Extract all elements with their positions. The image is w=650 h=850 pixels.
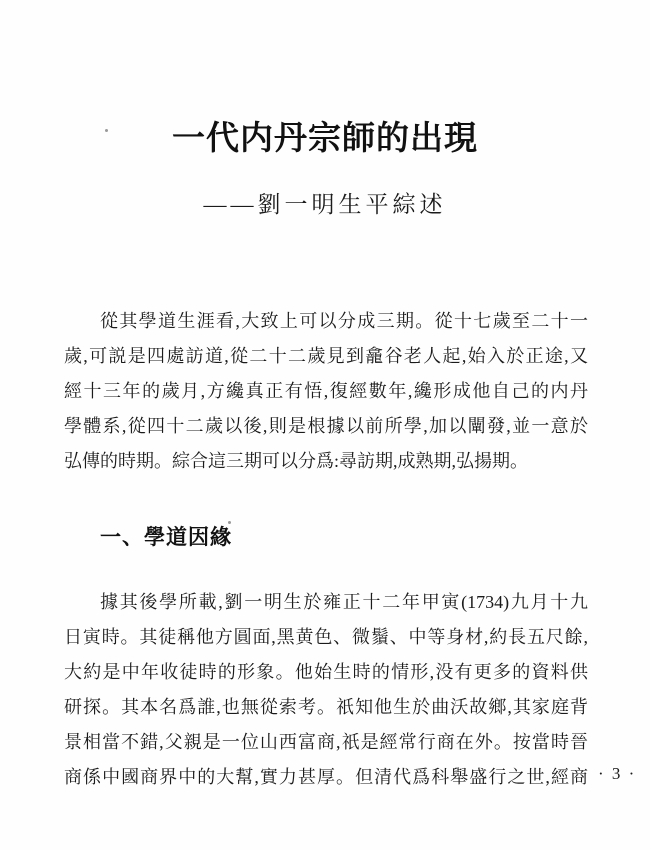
page-subtitle: ——劉一明生平綜述 bbox=[0, 186, 650, 219]
text-line: 從其學道生涯看,大致上可以分成三期。從十七歲至二十一 bbox=[64, 304, 588, 339]
scan-speck bbox=[228, 521, 231, 524]
text-line: 經十三年的歲月,方纔真正有悟,復經數年,纔形成他自己的内丹 bbox=[64, 374, 588, 409]
section-paragraph: 據其後學所載,劉一明生於雍正十二年甲寅(1734)九月十九日寅時。其徒稱他方圓面… bbox=[64, 585, 588, 795]
scan-speck bbox=[105, 129, 108, 132]
book-page: 一代内丹宗師的出現 ——劉一明生平綜述 從其學道生涯看,大致上可以分成三期。從十… bbox=[0, 0, 650, 850]
page-title: 一代内丹宗師的出現 bbox=[0, 112, 650, 159]
text-line: 日寅時。其徒稱他方圓面,黑黄色、微鬚、中等身材,約長五尺餘, bbox=[64, 620, 588, 655]
intro-paragraph: 從其學道生涯看,大致上可以分成三期。從十七歲至二十一歲,可説是四處訪道,從二十二… bbox=[64, 304, 588, 479]
text-line: 景相當不錯,父親是一位山西富商,祇是經常行商在外。按當時晉 bbox=[64, 725, 588, 760]
text-line: 據其後學所載,劉一明生於雍正十二年甲寅(1734)九月十九 bbox=[64, 585, 588, 620]
text-line: 商係中國商界中的大幫,實力甚厚。但清代爲科舉盛行之世,經商 bbox=[64, 760, 588, 795]
page-number: · 3 · bbox=[598, 764, 636, 784]
text-line: 學體系,從四十二歲以後,則是根據以前所學,加以闡發,並一意於 bbox=[64, 409, 588, 444]
text-line: 研探。其本名爲誰,也無從索考。祇知他生於曲沃故鄉,其家庭背 bbox=[64, 690, 588, 725]
section-heading: 一、學道因緣 bbox=[100, 521, 232, 551]
text-line: 歲,可説是四處訪道,從二十二歲見到龕谷老人起,始入於正途,又 bbox=[64, 339, 588, 374]
text-line: 弘傳的時期。綜合這三期可以分爲:尋訪期,成熟期,弘揚期。 bbox=[64, 444, 588, 479]
text-line: 大約是中年收徒時的形象。他始生時的情形,没有更多的資料供 bbox=[64, 655, 588, 690]
